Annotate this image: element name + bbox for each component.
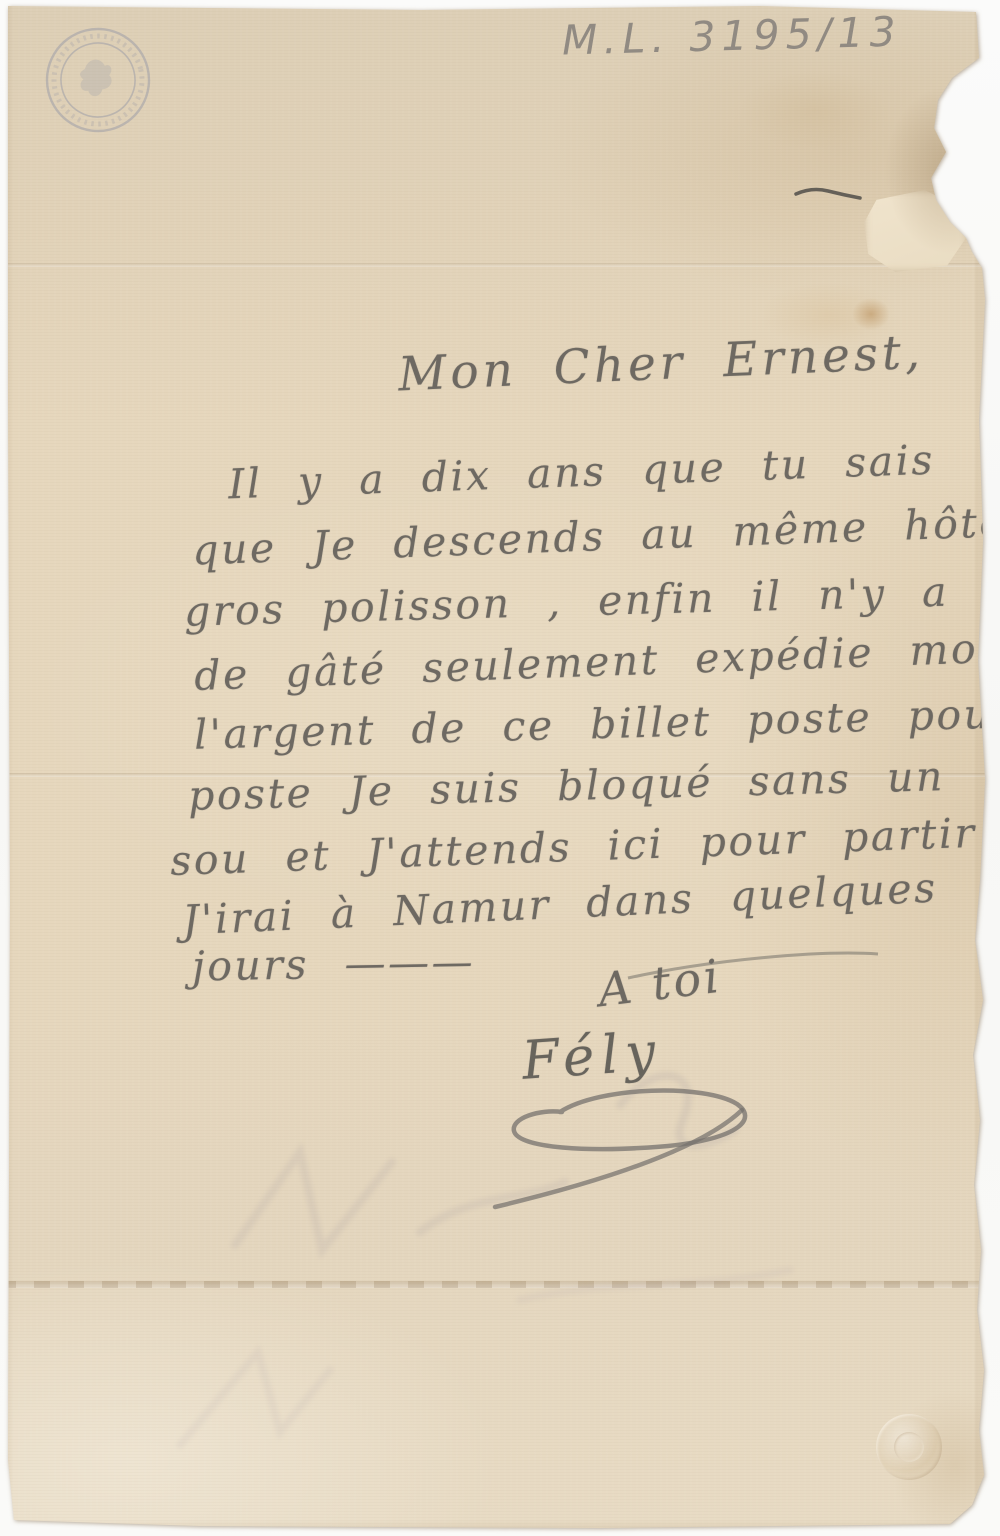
body-line: Il y a dix ans que tu sais xyxy=(227,436,935,509)
aging-stain xyxy=(740,70,890,150)
emboss-stamp-icon xyxy=(876,1414,942,1480)
scanned-letter-page: M.L. 3195/13 Mon Cher Ernest, Il y a dix… xyxy=(0,0,1000,1536)
body-line: l'argent de ce billet poste pour xyxy=(194,689,1000,758)
body-line: jours ——— xyxy=(192,938,476,991)
pencil-dash-mark xyxy=(788,176,868,210)
fold-crease-top xyxy=(0,263,1000,267)
body-line: poste Je suis bloqué sans un xyxy=(188,752,946,820)
body-line: gros polisson , enfin il n'y a rien xyxy=(184,564,1000,635)
body-line: de gâté seulement expédie moi xyxy=(193,624,994,700)
signature: Fély xyxy=(520,1021,664,1092)
salutation: Mon Cher Ernest, xyxy=(397,325,925,403)
catalog-mark: M.L. 3195/13 xyxy=(561,8,902,65)
body-line: que Je descends au même hôtel xyxy=(191,498,1000,575)
letter-paper: M.L. 3195/13 Mon Cher Ernest, Il y a dix… xyxy=(0,0,1000,1536)
torn-paper-layer xyxy=(864,190,968,272)
closing-line: A toi xyxy=(595,949,724,1018)
library-stamp-icon xyxy=(33,15,164,146)
fold-crease-bottom xyxy=(0,1281,1000,1288)
paper-shadow-wrap: M.L. 3195/13 Mon Cher Ernest, Il y a dix… xyxy=(0,0,1000,1536)
